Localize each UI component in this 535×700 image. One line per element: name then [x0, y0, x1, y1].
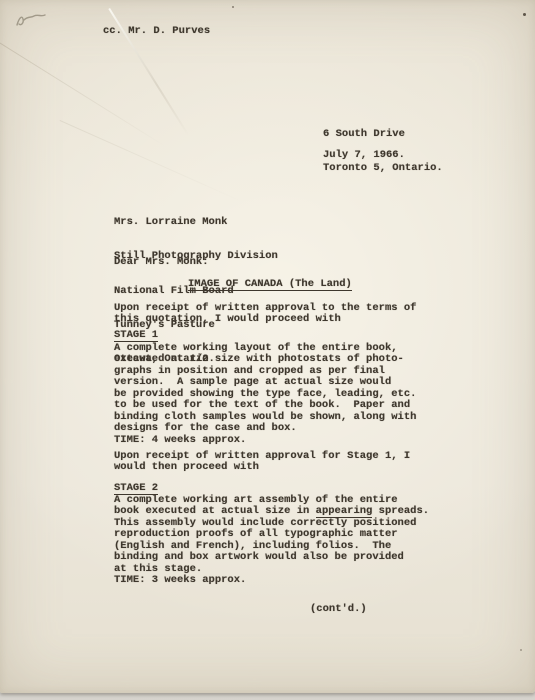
recipient-address-line: Mrs. Lorraine Monk	[114, 217, 278, 228]
stage1-body: A complete working layout of the entire …	[114, 343, 416, 446]
paper-speck	[232, 6, 234, 8]
stage1-time: TIME: 4 weeks approx.	[114, 434, 246, 446]
paper-crease	[60, 120, 243, 202]
handwritten-mark	[14, 8, 66, 34]
continuation-note: (cont'd.)	[310, 604, 367, 615]
date-line: July 7, 1966.	[323, 150, 405, 161]
subject-text: IMAGE OF CANADA (The Land)	[188, 278, 352, 291]
scanned-letter: cc. Mr. D. Purves 6 South Drive Toronto …	[0, 0, 535, 700]
stage2-body: A complete working art assembly of the e…	[114, 495, 429, 587]
stage1-body-text: A complete working layout of the entire …	[114, 342, 416, 434]
stage2-body-rest: This assembly would include correctly po…	[114, 518, 429, 575]
paper-speck	[523, 13, 526, 16]
between-stages-paragraph: Upon receipt of written approval for Sta…	[114, 451, 410, 474]
intro-paragraph: Upon receipt of written approval to the …	[114, 303, 416, 326]
stage1-heading: STAGE 1	[114, 330, 158, 341]
cc-line: cc. Mr. D. Purves	[103, 26, 210, 37]
stage2-time: TIME: 3 weeks approx.	[114, 575, 429, 586]
stage2-heading: STAGE 2	[114, 483, 158, 494]
subject-line: IMAGE OF CANADA (The Land)	[188, 279, 352, 290]
sender-address-line: Toronto 5, Ontario.	[323, 163, 443, 174]
sender-address-line: 6 South Drive	[323, 129, 443, 140]
letter-paper: cc. Mr. D. Purves 6 South Drive Toronto …	[0, 0, 535, 693]
salutation: Dear Mrs. Monk:	[114, 257, 209, 268]
paper-speck	[520, 649, 522, 651]
